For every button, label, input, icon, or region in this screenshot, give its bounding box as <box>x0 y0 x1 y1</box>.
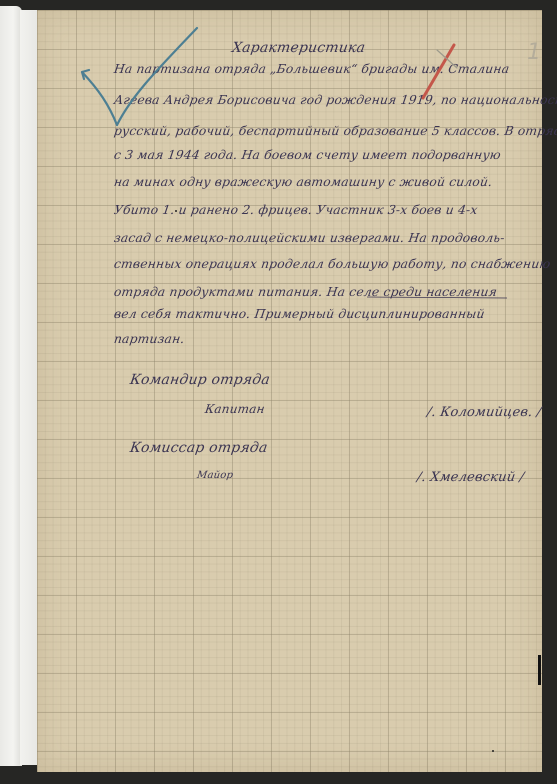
underlying-sheet-edge <box>0 6 22 766</box>
blue-check-mark-icon <box>82 28 197 125</box>
scan-edge-mark <box>538 655 541 685</box>
document-page: 1 Характеристика На партизана отряда „Бо… <box>37 10 542 772</box>
ink-speck <box>175 210 177 212</box>
ink-speck <box>492 750 494 752</box>
red-cross-mark-icon <box>423 45 457 98</box>
underline <box>367 297 507 298</box>
